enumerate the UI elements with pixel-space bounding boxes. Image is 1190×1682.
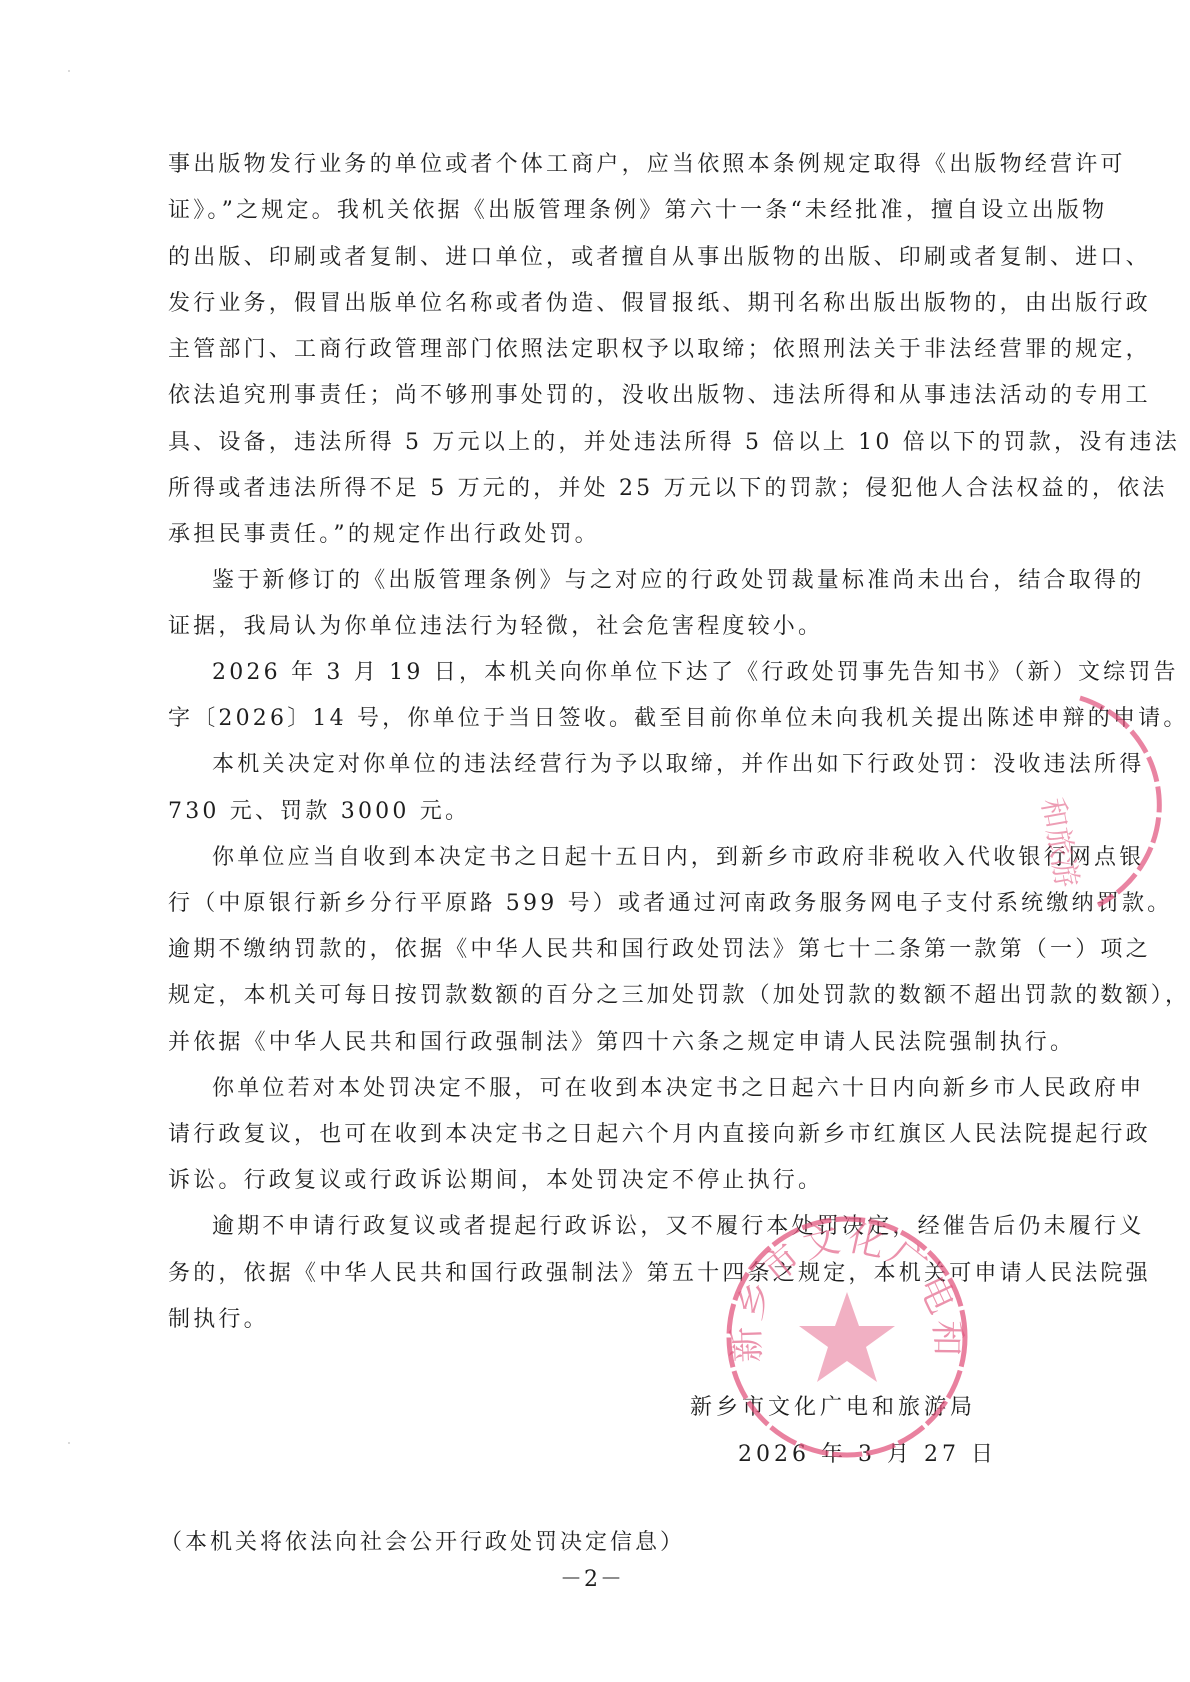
body-text-line: 你单位应当自收到本决定书之日起十五日内，到新乡市政府非税收入代收银行网点银 <box>212 843 1048 873</box>
body-text-line: 证》。”之规定。我机关依据《出版管理条例》第六十一条“未经批准，擅自设立出版物 <box>168 196 1048 226</box>
body-text-line: 制执行。 <box>168 1305 1048 1335</box>
body-text-line: 事出版物发行业务的单位或者个体工商户，应当依照本条例规定取得《出版物经营许可 <box>168 150 1048 180</box>
body-text-line: 发行业务，假冒出版单位名称或者伪造、假冒报纸、期刊名称出版出版物的，由出版行政 <box>168 289 1048 319</box>
body-text-line: 规定，本机关可每日按罚款数额的百分之三加处罚款（加处罚款的数额不超出罚款的数额）… <box>168 981 1048 1011</box>
scan-speck <box>68 1442 70 1444</box>
body-text-line: 730 元、罚款 3000 元。 <box>168 797 1048 827</box>
body-text-line: 具、设备，违法所得 5 万元以上的，并处违法所得 5 倍以上 10 倍以下的罚款… <box>168 428 1048 458</box>
body-text-line: 依法追究刑事责任；尚不够刑事处罚的，没收出版物、违法所得和从事违法活动的专用工 <box>168 381 1048 411</box>
page-number: －2－ <box>560 1562 624 1593</box>
body-text-line: 你单位若对本处罚决定不服，可在收到本决定书之日起六十日内向新乡市人民政府申 <box>212 1074 1048 1104</box>
issuer-name: 新乡市文化广电和旅游局 <box>690 1393 976 1423</box>
body-text-line: 逾期不缴纳罚款的，依据《中华人民共和国行政处罚法》第七十二条第一款第（一）项之 <box>168 935 1048 965</box>
issue-date: 2026 年 3 月 27 日 <box>738 1440 997 1470</box>
body-text-line: 行（中原银行新乡分行平原路 599 号）或者通过河南政务服务网电子支付系统缴纳罚… <box>168 889 1048 919</box>
body-text-line: 的出版、印刷或者复制、进口单位，或者擅自从事出版物的出版、印刷或者复制、进口、 <box>168 243 1048 273</box>
body-text-line: 诉讼。行政复议或行政诉讼期间，本处罚决定不停止执行。 <box>168 1166 1048 1196</box>
body-text-line: 逾期不申请行政复议或者提起行政诉讼，又不履行本处罚决定，经催告后仍未履行义 <box>212 1212 1048 1242</box>
body-text-line: 承担民事责任。”的规定作出行政处罚。 <box>168 520 1048 550</box>
scan-speck <box>68 70 70 72</box>
body-text-line: 所得或者违法所得不足 5 万元的，并处 25 万元以下的罚款；侵犯他人合法权益的… <box>168 474 1048 504</box>
body-text-line: 证据，我局认为你单位违法行为轻微，社会危害程度较小。 <box>168 612 1048 642</box>
body-text-line: 本机关决定对你单位的违法经营行为予以取缔，并作出如下行政处罚：没收违法所得 <box>212 750 1048 780</box>
body-text-line: 鉴于新修订的《出版管理条例》与之对应的行政处罚裁量标准尚未出台，结合取得的 <box>212 566 1048 596</box>
body-text-line: 并依据《中华人民共和国行政强制法》第四十六条之规定申请人民法院强制执行。 <box>168 1028 1048 1058</box>
official-seal-icon: 新乡市文化广电和旅游局 <box>722 1212 972 1462</box>
body-text-line: 主管部门、工商行政管理部门依照法定职权予以取缔；依照刑法关于非法经营罪的规定， <box>168 335 1048 365</box>
body-text-line: 请行政复议，也可在收到本决定书之日起六个月内直接向新乡市红旗区人民法院提起行政 <box>168 1120 1048 1150</box>
body-text-line: 字〔2026〕14 号，你单位于当日签收。截至目前你单位未向我机关提出陈述申辩的… <box>168 704 1048 734</box>
body-text-line: 2026 年 3 月 19 日，本机关向你单位下达了《行政处罚事先告知书》（新）… <box>212 658 1048 688</box>
document-page: 事出版物发行业务的单位或者个体工商户，应当依照本条例规定取得《出版物经营许可证》… <box>0 0 1190 1682</box>
disclosure-note: （本机关将依法向社会公开行政处罚决定信息） <box>160 1528 685 1558</box>
body-text-line: 务的，依据《中华人民共和国行政强制法》第五十四条之规定，本机关可申请人民法院强 <box>168 1259 1048 1289</box>
